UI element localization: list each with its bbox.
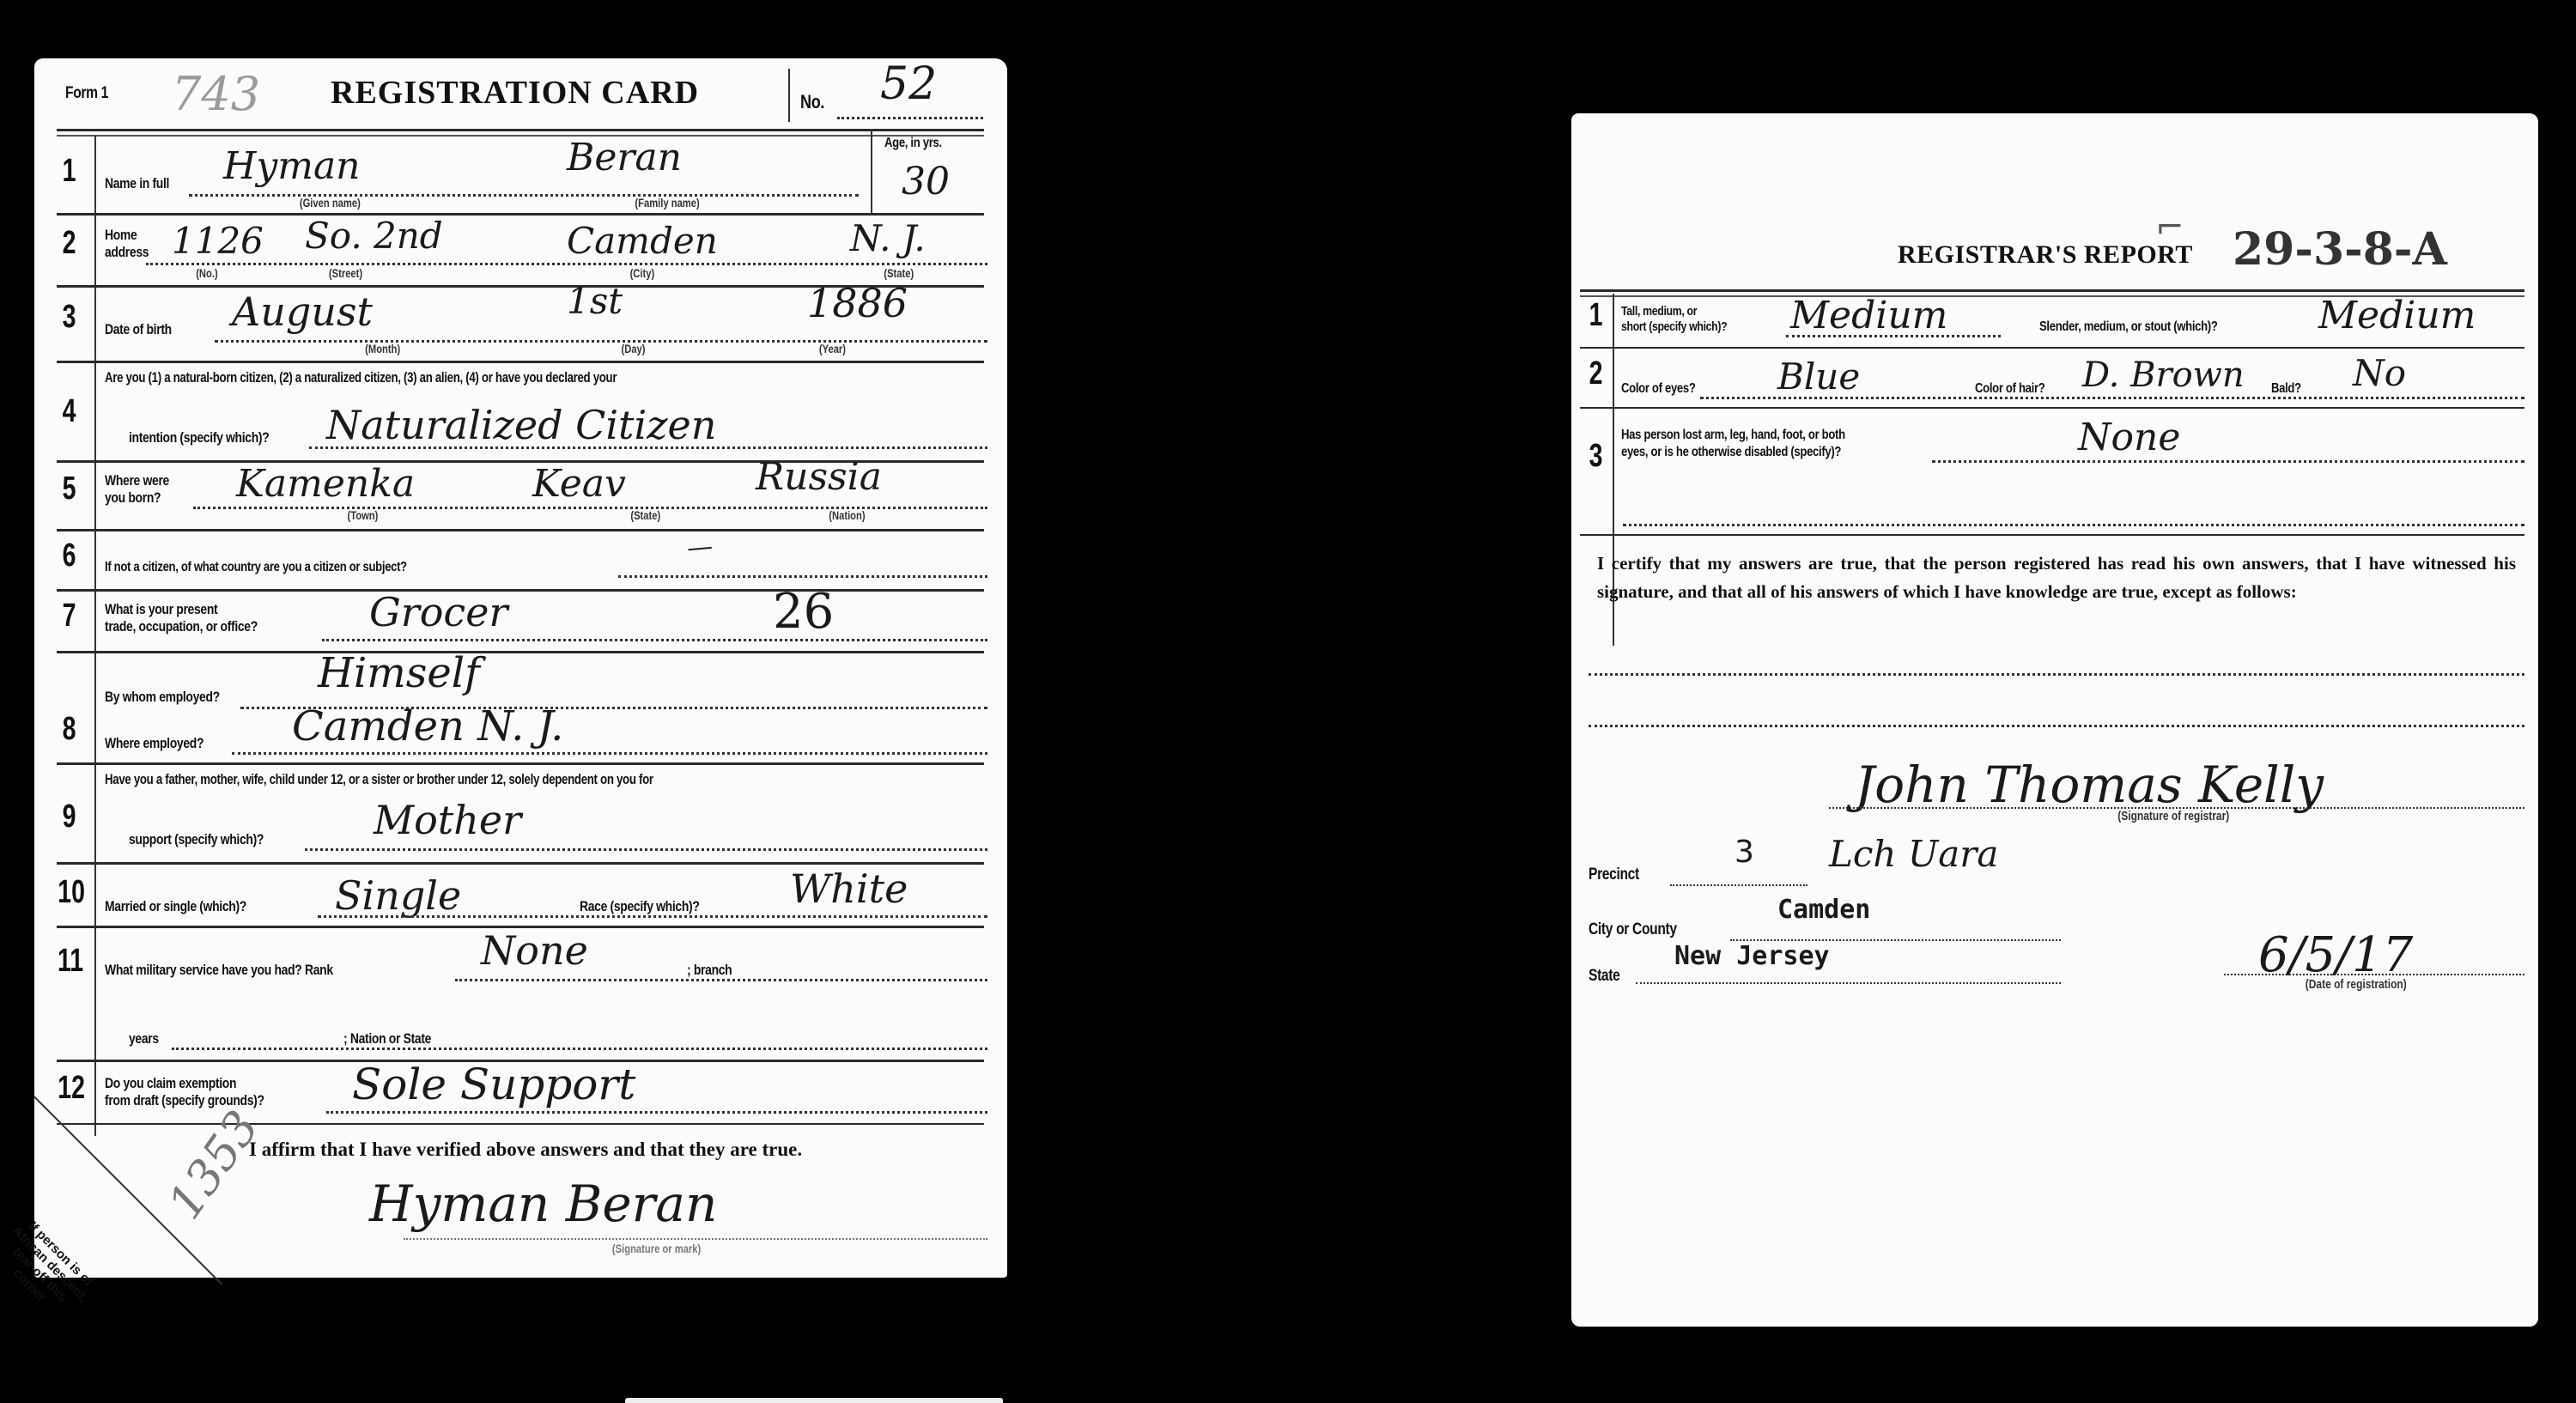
row-number: 9	[63, 799, 76, 835]
branch-label: ; branch	[687, 962, 732, 979]
registrar-signature: John Thomas Kelly	[1855, 756, 2324, 814]
exemption-value: Sole Support	[352, 1060, 635, 1109]
state-caption: (State)	[884, 266, 914, 280]
divider	[1580, 534, 2524, 536]
age-label: Age, in yrs.	[884, 136, 942, 151]
divider	[172, 1048, 987, 1050]
divider	[1580, 407, 2524, 409]
divider	[57, 651, 984, 653]
marital-status-value: Single	[335, 872, 461, 919]
divider	[1623, 524, 2524, 526]
marital-status-label: Married or single (which)?	[105, 898, 246, 915]
nation-state-label: ; Nation or State	[343, 1030, 431, 1048]
divider	[193, 507, 987, 509]
day-caption: (Day)	[622, 342, 646, 355]
divider	[326, 1111, 987, 1114]
signature-caption: (Signature or mark)	[612, 1242, 701, 1255]
city-county-value: Camden	[1777, 895, 1870, 925]
years-label: years	[129, 1030, 159, 1048]
citizenship-value: Naturalized Citizen	[326, 402, 716, 448]
divider	[1670, 884, 1807, 886]
address-street-value: So. 2nd	[305, 215, 443, 257]
military-rank-value: None	[481, 927, 588, 974]
town-caption: (Town)	[347, 508, 378, 522]
no-caption: (No.)	[196, 266, 218, 280]
row-number: 3	[1589, 438, 1603, 475]
citizenship-question: Are you (1) a natural-born citizen, (2) …	[105, 369, 617, 386]
height-label-1: Tall, medium, or	[1621, 304, 1697, 319]
signature-line	[404, 1238, 987, 1240]
divider	[1932, 460, 2524, 463]
birth-state-value: Keav	[532, 462, 626, 506]
city-caption: (City)	[630, 266, 655, 280]
dependents-question: Have you a father, mother, wife, child u…	[105, 771, 653, 788]
disability-value: None	[2078, 416, 2180, 459]
row-number: 7	[63, 598, 76, 635]
address-label: address	[105, 244, 149, 261]
report-code: 29-3-8-A	[2233, 223, 2447, 276]
height-label-2: short (specify which)?	[1621, 319, 1727, 334]
street-caption: (Street)	[329, 266, 362, 280]
state-caption: (State)	[630, 508, 660, 522]
address-state-value: N. J.	[850, 217, 926, 259]
occupation-label-2: trade, occupation, or office?	[105, 618, 258, 635]
precinct-value: 3	[1735, 835, 1754, 870]
race-value: White	[790, 865, 908, 912]
height-value: Medium	[1790, 294, 1947, 337]
precinct-note: Lch Uara	[1829, 833, 1998, 875]
eye-color-label: Color of eyes?	[1621, 381, 1696, 397]
given-name-caption: (Given name)	[300, 196, 361, 210]
disability-label-2: eyes, or is he otherwise disabled (speci…	[1621, 445, 1841, 460]
state-value: New Jersey	[1674, 941, 1830, 971]
occupation-value: Grocer	[369, 589, 507, 635]
divider	[57, 862, 984, 865]
nation-caption: (Nation)	[829, 508, 865, 522]
precinct-label: Precinct	[1589, 865, 1639, 884]
year-caption: (Year)	[819, 342, 846, 355]
birthplace-label-2: you born?	[105, 489, 161, 507]
divider	[57, 361, 984, 363]
intention-label: intention (specify which)?	[129, 429, 269, 446]
divider	[2224, 974, 2524, 975]
card-title: REGISTRATION CARD	[331, 74, 699, 112]
month-caption: (Month)	[365, 342, 400, 355]
divider	[1580, 347, 2524, 349]
form-label: Form 1	[65, 84, 108, 103]
address-number-value: 1126	[172, 220, 264, 262]
occupation-note: 26	[773, 584, 834, 640]
row-number: 1	[1589, 297, 1603, 334]
row-number: 5	[63, 471, 76, 507]
race-label: Race (specify which)?	[580, 898, 700, 915]
bald-value: No	[2353, 352, 2406, 394]
row-number: 10	[58, 874, 85, 911]
birth-day-value: 1st	[567, 280, 623, 322]
row-number: 2	[1589, 355, 1603, 392]
no-label: No.	[800, 91, 824, 113]
employer-value: Himself	[318, 649, 480, 697]
row-number: 3	[63, 299, 76, 336]
divider	[232, 752, 987, 755]
divider	[837, 117, 983, 119]
dependents-value: Mother	[374, 797, 521, 843]
tear-off-corner[interactable]: If person is of African descent, tear of…	[34, 1089, 232, 1278]
citizenship-country-value: —	[686, 531, 714, 563]
affirmation-text: I affirm that I have verified above answ…	[249, 1139, 802, 1161]
birth-date-label: Date of birth	[105, 321, 172, 338]
city-county-label: City or County	[1589, 920, 1677, 939]
divider	[1636, 982, 2061, 984]
divider	[57, 589, 984, 592]
bald-label: Bald?	[2271, 381, 2301, 397]
divider	[146, 263, 987, 265]
divider	[1580, 289, 2524, 292]
exception-line	[1589, 673, 2524, 676]
family-name-value: Beran	[567, 136, 682, 179]
corner-note: If person is of African descent, tear of…	[0, 1200, 114, 1339]
registration-date-caption: (Date of registration)	[2306, 977, 2407, 992]
occupation-label-1: What is your present	[105, 601, 217, 618]
row-number: 6	[63, 538, 76, 574]
divider	[57, 762, 984, 765]
card-number: 52	[880, 58, 937, 110]
row-number: 1	[63, 153, 76, 190]
row-number: 11	[58, 943, 83, 980]
build-value: Medium	[2318, 294, 2476, 337]
registration-card: Form 1 743 REGISTRATION CARD No. 52 1 Na…	[34, 58, 1007, 1278]
given-name-value: Hyman	[223, 144, 361, 188]
military-service-label: What military service have you had? Rank	[105, 962, 333, 979]
address-city-value: Camden	[567, 220, 718, 262]
birth-nation-value: Russia	[756, 455, 882, 499]
divider	[1700, 397, 2524, 399]
divider	[1786, 335, 2001, 337]
report-title: REGISTRAR'S REPORT	[1898, 240, 2193, 270]
registrar-report-card: ⌐ REGISTRAR'S REPORT 29-3-8-A 1 Tall, me…	[1571, 113, 2538, 1327]
employment-place-value: Camden N. J.	[292, 702, 563, 750]
divider	[57, 129, 984, 131]
employer-label: By whom employed?	[105, 689, 220, 706]
divider	[305, 848, 987, 851]
exception-line	[1589, 725, 2524, 727]
eye-color-value: Blue	[1777, 355, 1860, 398]
divider	[618, 575, 987, 578]
divider	[322, 639, 987, 641]
hair-color-label: Color of hair?	[1975, 381, 2044, 397]
family-name-caption: (Family name)	[635, 196, 699, 210]
divider	[189, 194, 859, 197]
registrar-signature-caption: (Signature of registrar)	[2117, 809, 2229, 823]
home-label: Home	[105, 227, 137, 244]
name-label: Name in full	[105, 175, 169, 192]
adjacent-card-edge	[625, 1398, 1003, 1403]
divider	[57, 213, 984, 216]
state-label: State	[1589, 967, 1619, 986]
divider	[788, 69, 790, 122]
citizenship-country-label: If not a citizen, of what country are yo…	[105, 560, 407, 575]
row-number: 8	[63, 711, 76, 748]
certification-text: I certify that my answers are true, that…	[1597, 550, 2516, 606]
birth-month-value: August	[232, 288, 373, 335]
disability-label-1: Has person lost arm, leg, hand, foot, or…	[1621, 428, 1845, 443]
divider	[871, 129, 872, 215]
registrant-signature: Hyman Beran	[369, 1175, 717, 1233]
employment-place-label: Where employed?	[105, 735, 204, 752]
hair-color-value: D. Brown	[2082, 355, 2245, 395]
row-number: 4	[63, 393, 76, 430]
age-value: 30	[902, 160, 950, 203]
divider	[455, 979, 987, 981]
row-number: 2	[63, 225, 76, 262]
serial-pencil-note: 743	[172, 67, 260, 121]
birth-town-value: Kamenka	[236, 462, 415, 506]
birth-year-value: 1886	[807, 280, 908, 326]
build-label: Slender, medium, or stout (which)?	[2039, 319, 2218, 335]
divider	[318, 915, 987, 918]
divider	[215, 340, 987, 343]
divider	[309, 446, 987, 449]
support-label: support (specify which)?	[129, 831, 264, 848]
divider	[57, 529, 984, 531]
birthplace-label-1: Where were	[105, 472, 169, 489]
